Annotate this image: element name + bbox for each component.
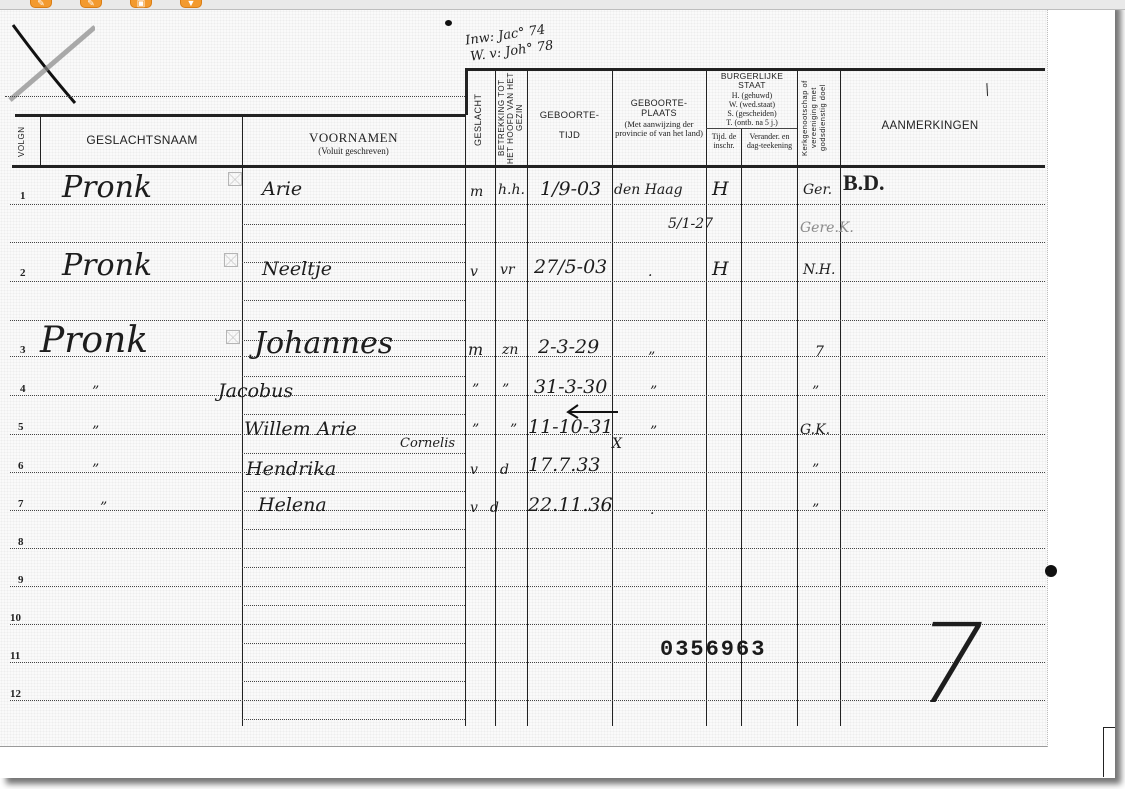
first-names: Jacobus xyxy=(218,380,293,402)
row-number: 9 xyxy=(18,574,24,586)
row-number: 3 xyxy=(20,344,26,356)
scanned-card: Inw: Jac° 74 W. v: Joh° 78 VOLGN GESLACH… xyxy=(0,10,1048,747)
surname: ” xyxy=(92,462,99,478)
first-names: Helena xyxy=(258,494,327,516)
col-divider xyxy=(706,68,707,726)
sex: m xyxy=(470,184,483,200)
sex: ” xyxy=(472,422,479,438)
birth-date: 22.11.36 xyxy=(528,494,613,516)
birth-date: 27/5-03 xyxy=(534,256,607,278)
document-viewer: ✎ ✎ ▣ ▼ Inw: Jac° 74 W. v: Joh° 78 xyxy=(0,0,1115,778)
col-divider xyxy=(612,68,613,726)
header-aanmerkingen: AANMERKINGEN xyxy=(842,120,1018,132)
first-names: Arie xyxy=(262,178,302,200)
col-divider xyxy=(527,68,528,726)
save-icon[interactable]: ▣ xyxy=(130,0,152,8)
header-bs-t: T. (ontb. na 5 j.) xyxy=(708,118,796,127)
row-number: 4 xyxy=(20,383,26,395)
civil-state: H xyxy=(712,258,729,280)
birth-date: 17.7.33 xyxy=(528,454,601,476)
header-slash-mark: / xyxy=(981,82,993,98)
birth-place: ” xyxy=(650,424,657,440)
row-line xyxy=(10,624,1045,625)
first-names-extra: Cornelis xyxy=(400,436,455,451)
header-volgn: VOLGN xyxy=(17,122,27,162)
row-number: 1 xyxy=(20,190,26,202)
row-number: 6 xyxy=(18,460,24,472)
civil-state: H xyxy=(712,178,729,200)
relation: d xyxy=(500,462,509,478)
row-number: 11 xyxy=(10,650,20,662)
header-geboorteplaats-2: PLAATS xyxy=(612,108,706,118)
sex: m xyxy=(468,340,483,359)
row-line xyxy=(242,681,465,682)
cross-mark xyxy=(5,15,95,105)
row-line xyxy=(242,605,465,606)
row-number: 12 xyxy=(10,688,21,700)
row-line xyxy=(10,395,1045,396)
header-geboorteplaats-sub: (Met aanwijzing der provincie of van het… xyxy=(614,120,704,138)
row-line xyxy=(10,356,1045,357)
checkbox-mark xyxy=(224,253,238,267)
sex: ” xyxy=(472,382,479,398)
religion: N.H. xyxy=(803,262,835,278)
header-geboortetijd-1: GEBOORTE- xyxy=(527,110,612,121)
birth-place: . xyxy=(650,502,654,518)
row-line xyxy=(242,376,465,377)
civil-change: 5/1-27 xyxy=(668,216,713,232)
relation: ” xyxy=(510,422,517,438)
ink-dot xyxy=(1045,565,1057,577)
row-number: 5 xyxy=(18,421,24,433)
birth-date: 11-10-31 xyxy=(528,416,613,438)
header-tijd-inschr: Tijd. de inschr. xyxy=(707,132,741,150)
birth-date: 31-3-30 xyxy=(534,376,607,398)
top-dotted-line xyxy=(5,96,465,97)
ink-dot xyxy=(445,20,452,26)
sex: v xyxy=(470,500,478,516)
relation: zn xyxy=(502,342,518,358)
header-step xyxy=(465,68,468,115)
relation: ” xyxy=(502,382,509,398)
col-divider xyxy=(465,114,466,726)
row-line xyxy=(242,300,465,301)
pencil-icon[interactable]: ✎ xyxy=(80,0,102,8)
menu-icon[interactable]: ▼ xyxy=(180,0,202,8)
first-names: Willem Arie xyxy=(244,418,357,440)
row-line xyxy=(10,700,1045,701)
row-number: 2 xyxy=(20,267,26,279)
cross-x: X xyxy=(612,436,622,452)
row-line xyxy=(242,567,465,568)
religion: G.K. xyxy=(800,422,830,438)
header-burgerlijke-staat: BURGERLIJKE STAAT xyxy=(710,72,794,90)
birth-place: den Haag xyxy=(614,182,683,198)
next-page-edge xyxy=(1103,727,1115,777)
header-geboorteplaats-1: GEBOORTE- xyxy=(612,98,706,108)
row-line xyxy=(10,320,1045,321)
row-line xyxy=(242,529,465,530)
religion: ” xyxy=(812,462,819,478)
surname: Pronk xyxy=(62,248,152,283)
surname: ” xyxy=(92,384,99,400)
header-bottom-line xyxy=(12,165,1045,168)
checkbox-mark xyxy=(226,330,240,344)
header-kerkgenootschap: Kerkgenootschap of vereeniging met godsd… xyxy=(800,72,838,164)
birth-date: 2-3-29 xyxy=(538,336,599,358)
first-names: Hendrika xyxy=(246,458,336,480)
row-line xyxy=(242,719,465,720)
header-bs-w: W. (wed.staat) xyxy=(708,100,796,109)
row-line xyxy=(10,586,1045,587)
birth-place: . xyxy=(648,264,652,280)
burgerlijke-sub-divider xyxy=(706,128,797,129)
col-divider xyxy=(797,68,798,726)
birth-place: ” xyxy=(648,350,655,366)
sex: v xyxy=(470,264,478,280)
col-divider xyxy=(840,68,841,726)
remarks-stamp: B.D. xyxy=(843,170,885,196)
religion: 7 xyxy=(815,344,824,360)
large-mark: 7 xyxy=(901,600,998,728)
birth-place: ” xyxy=(650,384,657,400)
row-line xyxy=(10,204,1045,205)
religion: ” xyxy=(812,502,819,518)
row-line xyxy=(10,281,1045,282)
relation: d xyxy=(490,500,499,516)
row-number: 8 xyxy=(18,536,24,548)
religion-note: Gere.K. xyxy=(800,220,854,236)
col-divider xyxy=(495,68,496,726)
first-names: Johannes xyxy=(254,326,393,361)
viewer-toolbar: ✎ ✎ ▣ ▼ xyxy=(0,0,1125,10)
header-bs-h: H. (gehuwd) xyxy=(708,91,796,100)
header-geboortetijd-2: TIJD xyxy=(527,130,612,141)
row-number: 10 xyxy=(10,612,21,624)
row-line xyxy=(242,643,465,644)
row-line xyxy=(242,224,465,225)
header-geslachtsnaam: GESLACHTSNAAM xyxy=(42,133,242,147)
surname: Pronk xyxy=(62,170,152,205)
row-line xyxy=(10,242,1045,243)
header-verander: Verander. en dag-teekening xyxy=(742,132,797,150)
checkbox-mark xyxy=(228,172,242,186)
religion: Ger. xyxy=(803,182,832,198)
row-line xyxy=(10,662,1045,663)
row-line xyxy=(242,453,465,454)
surname: Pronk xyxy=(40,320,148,361)
religion: ” xyxy=(812,384,819,400)
header-bs-s: S. (gescheiden) xyxy=(708,109,796,118)
header-betrekking: BETREKKING TOT HET HOOFD VAN HET GEZIN xyxy=(497,72,527,164)
surname: ” xyxy=(92,424,99,440)
header-voornamen: VOORNAMEN xyxy=(242,130,465,146)
stamp-number: 0356963 xyxy=(660,637,766,662)
first-names: Neeltje xyxy=(262,258,332,280)
sex: v xyxy=(470,462,478,478)
row-line xyxy=(242,414,465,415)
surname: ” xyxy=(100,500,107,516)
col-divider xyxy=(242,114,243,726)
birth-date: 1/9-03 xyxy=(540,178,601,200)
header-geslacht: GESLACHT xyxy=(473,80,483,160)
pencil-icon[interactable]: ✎ xyxy=(30,0,52,8)
header-voornamen-sub: (Voluit geschreven) xyxy=(242,146,465,156)
row-line xyxy=(242,491,465,492)
row-line xyxy=(10,548,1045,549)
header-top-line-left xyxy=(15,114,465,117)
row-number: 7 xyxy=(18,498,24,510)
relation: vr xyxy=(500,262,515,278)
relation: h.h. xyxy=(498,182,525,198)
col-divider xyxy=(40,114,41,166)
